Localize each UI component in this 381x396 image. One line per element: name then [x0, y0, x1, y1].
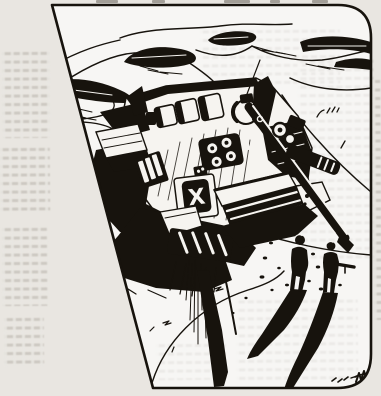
- illustration: X: [0, 0, 381, 396]
- scanned-book-page: X: [0, 0, 381, 396]
